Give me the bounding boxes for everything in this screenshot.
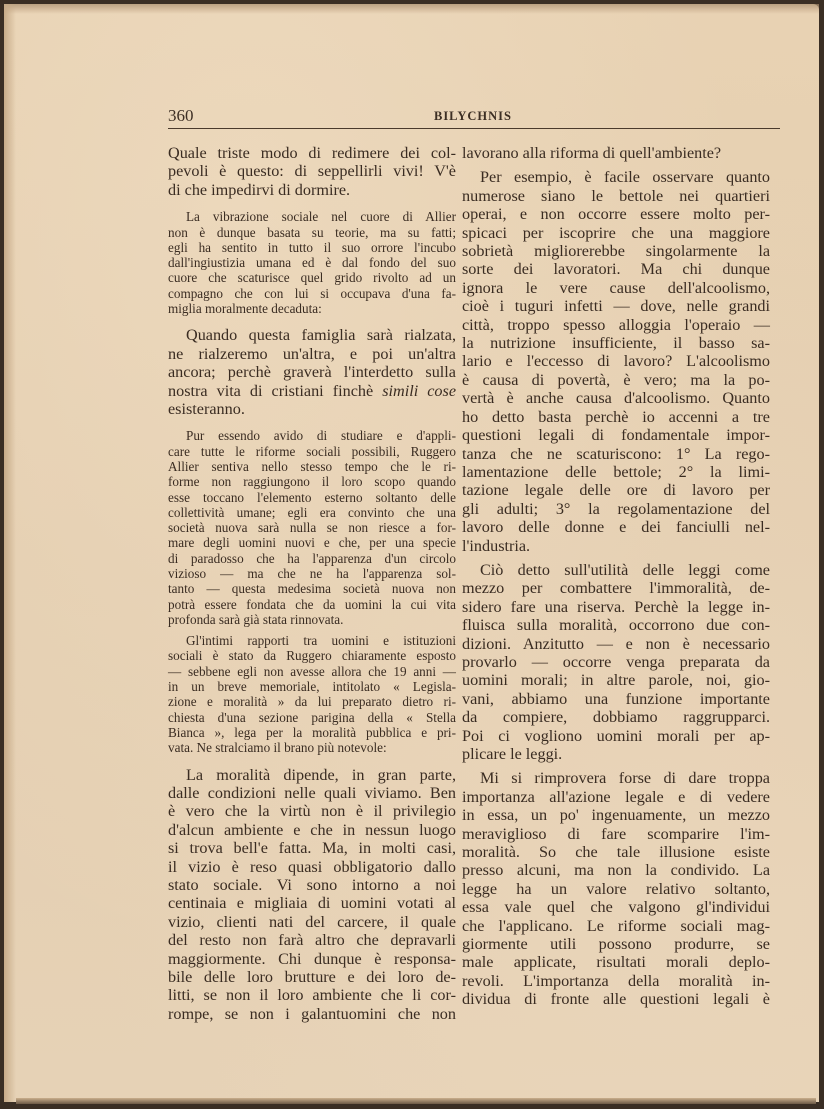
text-line: spicaci per iscoprire che una maggiore <box>462 224 770 242</box>
text-line: lavorano alla riforma di quell'ambiente? <box>462 144 770 162</box>
text-line: rompe, se non i galantuomini che non <box>168 1005 456 1023</box>
text-line: La moralità dipende, in gran parte, <box>168 766 456 784</box>
text-line: Ciò detto sull'utilità delle leggi come <box>462 561 770 579</box>
text-line: da compiere, dobbiamo raggrupparci. <box>462 708 770 726</box>
text-line: l'industria. <box>462 537 770 555</box>
text-line: di paradosso che ha l'apparenza d'un cir… <box>168 551 456 566</box>
text-line: male applicate, risultati morali deplo- <box>462 953 770 971</box>
text-line: dizioni. Anzitutto — e non è necessario <box>462 635 770 653</box>
page-left-edge <box>4 4 16 1102</box>
text-line: mezzo per combattere l'immoralità, de- <box>462 579 770 597</box>
text-line: bile delle loro brutture e dei loro de- <box>168 968 456 986</box>
text-line: che l'applicano. Le riforme sociali mag- <box>462 917 770 935</box>
text-line: — sebbene egli non avesse allora che 19 … <box>168 664 456 679</box>
text-line: pevoli è questo: di seppellirli vivi! V'… <box>168 162 456 180</box>
text-line: esisteranno. <box>168 400 456 418</box>
text-line: potrà essere fondata che da uomini la cu… <box>168 597 456 612</box>
text-line: revoli. L'importanza della moralità in- <box>462 972 770 990</box>
text-line: importanza all'azione legale e di vedere <box>462 788 770 806</box>
text-line: cioè i tuguri infetti — dove, nelle gran… <box>462 297 770 315</box>
text-line: chiesta d'una sezione parigina della « S… <box>168 710 456 725</box>
text-line: dalle condizioni nelle quali viviamo. Be… <box>168 784 456 802</box>
text-line: Bianca », lega per la moralità pubblica … <box>168 725 456 740</box>
text-line: nostra vita di cristiani finchè simili c… <box>168 382 456 400</box>
text-line: egli ha sentito in tutto il suo orrore l… <box>168 240 456 255</box>
text-line: il vizio è reso quasi obbligatorio dallo <box>168 858 456 876</box>
text-line: sociali è stato da Ruggero chiaramente e… <box>168 648 456 663</box>
text-line: Per esempio, è facile osservare quanto <box>462 168 770 186</box>
text-line: è causa di povertà, è vero; ma la po- <box>462 371 770 389</box>
paragraph-quote-5: Per esempio, è facile osservare quantonu… <box>462 168 770 555</box>
text-line: legge ha un valore relativo soltanto, <box>462 880 770 898</box>
text-line: ignora le vere cause dell'alcoolismo, <box>462 279 770 297</box>
text-line: società nuova sarà nulla se non riesce a… <box>168 520 456 535</box>
text-line: Pur essendo avido di studiare e d'appli- <box>168 428 456 443</box>
text-line: lario e l'eccesso di lavoro? L'alcoolism… <box>462 352 770 370</box>
text-line: vizio, clienti nati del carcere, il qual… <box>168 913 456 931</box>
text-line: non è dunque basata su teorie, ma su fat… <box>168 225 456 240</box>
text-line: care tutte le riforme sociali possibili,… <box>168 444 456 459</box>
text-line: forme non raggiungono il loro scopo quan… <box>168 474 456 489</box>
text-line: vertà è anche causa d'alcoolismo. Quanto <box>462 389 770 407</box>
text-line: di che impedirvi di dormire. <box>168 181 456 199</box>
text-line: Poi ci vogliono uomini morali per ap- <box>462 727 770 745</box>
text-line: tanza che ne scaturiscono: 1° La rego- <box>462 445 770 463</box>
text-line: zione e moralità » da lui preparato diet… <box>168 694 456 709</box>
text-line: sidero fare una riserva. Perchè la legge… <box>462 598 770 616</box>
italic-emphasis: simili cose <box>382 382 456 400</box>
text-line: in un breve memoriale, intitolato « Legi… <box>168 679 456 694</box>
paragraph-quote-2: Quando questa famiglia sarà rialzata,ne … <box>168 326 456 418</box>
text-line: essa vale quel che valgono gl'individui <box>462 898 770 916</box>
text-line: stato sociale. Vi sono intorno a noi <box>168 876 456 894</box>
text-line: mare degli uomini nuovi e che, per una s… <box>168 535 456 550</box>
paragraph-narrative-1: La vibrazione sociale nel cuore di Allie… <box>168 209 456 316</box>
text-line: miglia moralmente decaduta: <box>168 301 456 316</box>
text-line: lavoro delle donne e dei fanciulli nel- <box>462 518 770 536</box>
paragraph-narrative-3: Gl'intimi rapporti tra uomini e istituzi… <box>168 633 456 755</box>
text-line: Quale triste modo di redimere dei col- <box>168 144 456 162</box>
text-line: è vero che la virtù non è il privilegio <box>168 802 456 820</box>
paragraph-quote-4: lavorano alla riforma di quell'ambiente? <box>462 144 770 162</box>
text-line: in essa, un po' ingenuamente, un mezzo <box>462 806 770 824</box>
text-line: questioni legali di fondamentale impor- <box>462 426 770 444</box>
text-line: dall'ingiustizia umana ed è dal fondo de… <box>168 255 456 270</box>
text-line: si trova bell'e fatta. Ma, in molti casi… <box>168 839 456 857</box>
text-line: Quando questa famiglia sarà rialzata, <box>168 326 456 344</box>
paragraph-quote-1: Quale triste modo di redimere dei col-pe… <box>168 144 456 199</box>
text-line: d'alcun ambiente e che in nessun luogo <box>168 821 456 839</box>
paragraph-narrative-2: Pur essendo avido di studiare e d'appli-… <box>168 428 456 627</box>
paragraph-quote-6: Ciò detto sull'utilità delle leggi comem… <box>462 561 770 763</box>
text-line: tazione legale delle ore di lavoro per <box>462 481 770 499</box>
text-line: meraviglioso di fare scomparire l'im- <box>462 825 770 843</box>
text-line: compagno che con lui si occupava d'una f… <box>168 286 456 301</box>
text-line: profonda sarà già stata rinnovata. <box>168 612 456 627</box>
text-line: del resto non farà altro che depravarli <box>168 931 456 949</box>
text-line: giormente utili possono produrre, se <box>462 935 770 953</box>
text-line: cuore che scaturisce quel grido rivolto … <box>168 270 456 285</box>
page-bottom-edge <box>16 1098 816 1104</box>
text-line: plicare le leggi. <box>462 745 770 763</box>
page-top-edge <box>4 4 819 14</box>
text-line: dividua di fronte alle questioni legali … <box>462 990 770 1008</box>
text-line: vata. Ne stralciamo il brano più notevol… <box>168 740 456 755</box>
journal-title: BILYCHNIS <box>168 109 778 124</box>
text-line: lamentazione delle bettole; 2° la limi- <box>462 463 770 481</box>
text-line: fluisca sulla moralità, occorrono due co… <box>462 616 770 634</box>
text-line: centinaia e migliaia di uomini votati al <box>168 894 456 912</box>
text-line: La vibrazione sociale nel cuore di Allie… <box>168 209 456 224</box>
text-line: provarlo — occorre venga preparata da <box>462 653 770 671</box>
text-line: vani, abbiamo una funzione importante <box>462 690 770 708</box>
text-line: moralità. So che tale illusione esiste <box>462 843 770 861</box>
paragraph-quote-7: Mi si rimprovera forse di dare troppaimp… <box>462 769 770 1008</box>
text-line: sobrietà migliorerebbe singolarmente la <box>462 242 770 260</box>
text-line: Mi si rimprovera forse di dare troppa <box>462 769 770 787</box>
text-line: ho detto basta perchè io accenni a tre <box>462 408 770 426</box>
text-line: vizioso — ma che ne ha l'apparenza sol- <box>168 566 456 581</box>
text-line: collettività umane; egli era convinto ch… <box>168 505 456 520</box>
text-line: operai, e non occorre essere molto per- <box>462 205 770 223</box>
text-line: città, troppo spesso alloggia l'operaio … <box>462 316 770 334</box>
text-line: presso alcuni, ma non la condivido. La <box>462 861 770 879</box>
text-line: uomini morali; in altre parole, noi, gio… <box>462 671 770 689</box>
text-line: numerose siano le bettole nei quartieri <box>462 187 770 205</box>
text-line: Gl'intimi rapporti tra uomini e istituzi… <box>168 633 456 648</box>
text-line: tanto — questa medesima società nuova no… <box>168 581 456 596</box>
text-line: esse toccano l'elemento esterno soltanto… <box>168 490 456 505</box>
text-line: litti, se non il loro ambiente che li co… <box>168 986 456 1004</box>
right-column: lavorano alla riforma di quell'ambiente?… <box>462 144 770 1009</box>
text-line: ne rialzeremo un'altra, e poi un'altra <box>168 345 456 363</box>
paragraph-quote-3: La moralità dipende, in gran parte,dalle… <box>168 766 456 1024</box>
text-line: Allier sentiva nello stesso tempo che le… <box>168 459 456 474</box>
text-line: maggiormente. Chi dunque è responsa- <box>168 950 456 968</box>
running-head: 360 BILYCHNIS <box>168 102 778 128</box>
left-column: Quale triste modo di redimere dei col-pe… <box>168 144 456 1023</box>
header-rule <box>168 128 780 129</box>
text-line: la nutrizione insufficiente, il basso sa… <box>462 334 770 352</box>
text-line: ancora; perchè graverà l'interdetto sull… <box>168 363 456 381</box>
text-line: gli adulti; 3° la regolamentazione del <box>462 500 770 518</box>
text-line: sorte dei lavoratori. Ma chi dunque <box>462 260 770 278</box>
